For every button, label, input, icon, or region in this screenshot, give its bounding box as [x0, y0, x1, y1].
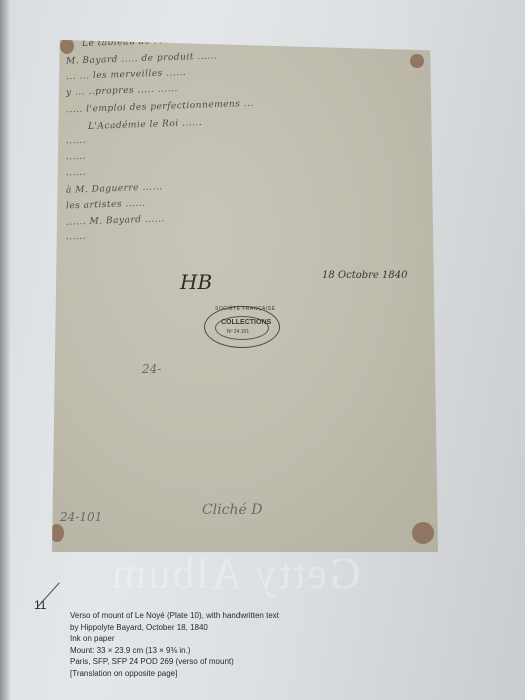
stain-bottom-right — [412, 522, 434, 544]
handwriting-line: ... ... les merveilles ...... — [66, 68, 187, 82]
handwriting-line: L'Académie le Roi ...... — [88, 118, 202, 132]
letter-date: 18 Octobre 1840 — [322, 270, 407, 281]
pencil-note-bottom-center: Cliché D — [202, 502, 262, 518]
stain-top-left — [60, 38, 74, 54]
caption-line-note: [Translation on opposite page] — [70, 668, 279, 680]
pencil-note-bottom-left: 24-101 — [60, 510, 102, 524]
handwriting-line: ...... — [66, 232, 87, 243]
handwriting-line: ...... — [66, 152, 87, 163]
show-through-text: Getty Album — [110, 548, 361, 599]
handwriting-line: ..... l'emploi des perfectionnemens ... — [66, 99, 254, 116]
plate-number: 11 — [34, 598, 46, 612]
handwriting-line: les artistes ...... — [66, 199, 146, 212]
handwriting-line: y ... ..propres ..... ...... — [66, 84, 178, 98]
caption-line-author: by Hippolyte Bayard, October 18, 1840 — [70, 622, 279, 634]
caption-slash — [38, 582, 60, 606]
caption-text: Verso of mount of Le Noyé (Plate 10), wi… — [70, 610, 279, 680]
handwriting-line: à M. Daguerre ...... — [66, 182, 163, 195]
handwriting-line: Le tableau de Messieurs que ...... — [82, 33, 251, 49]
book-binding-shadow — [0, 0, 10, 700]
caption-line-collection: Paris, SFP, SFP 24 POD 269 (verso of mou… — [70, 656, 279, 668]
pencil-note-mid: 24- — [142, 362, 161, 376]
collection-stamp: SOCIÉTÉ FRANÇAISE COLLECTIONS Nº 24 101 — [204, 306, 280, 348]
stamp-top-text: SOCIÉTÉ FRANÇAISE — [215, 306, 275, 312]
stain-top-right — [410, 54, 424, 68]
caption-line-dimensions: Mount: 33 × 23.9 cm (13 × 9⅜ in.) — [70, 645, 279, 657]
signature: HB — [180, 270, 212, 294]
caption-line-medium: Ink on paper — [70, 633, 279, 645]
handwriting-line: ...... — [66, 136, 87, 147]
stamp-title: COLLECTIONS — [221, 319, 271, 326]
handwriting-line: ...... — [66, 168, 87, 179]
handwriting-line: ...... M. Bayard ...... — [66, 214, 165, 227]
caption-line-title: Verso of mount of Le Noyé (Plate 10), wi… — [70, 610, 279, 622]
handwriting-line: M. Bayard ..... de produit ...... — [66, 51, 218, 66]
letter-mount: Le tableau de Messieurs que ...... M. Ba… — [52, 24, 438, 552]
stain-bottom-left — [50, 524, 64, 542]
stamp-number: Nº 24 101 — [227, 329, 249, 335]
